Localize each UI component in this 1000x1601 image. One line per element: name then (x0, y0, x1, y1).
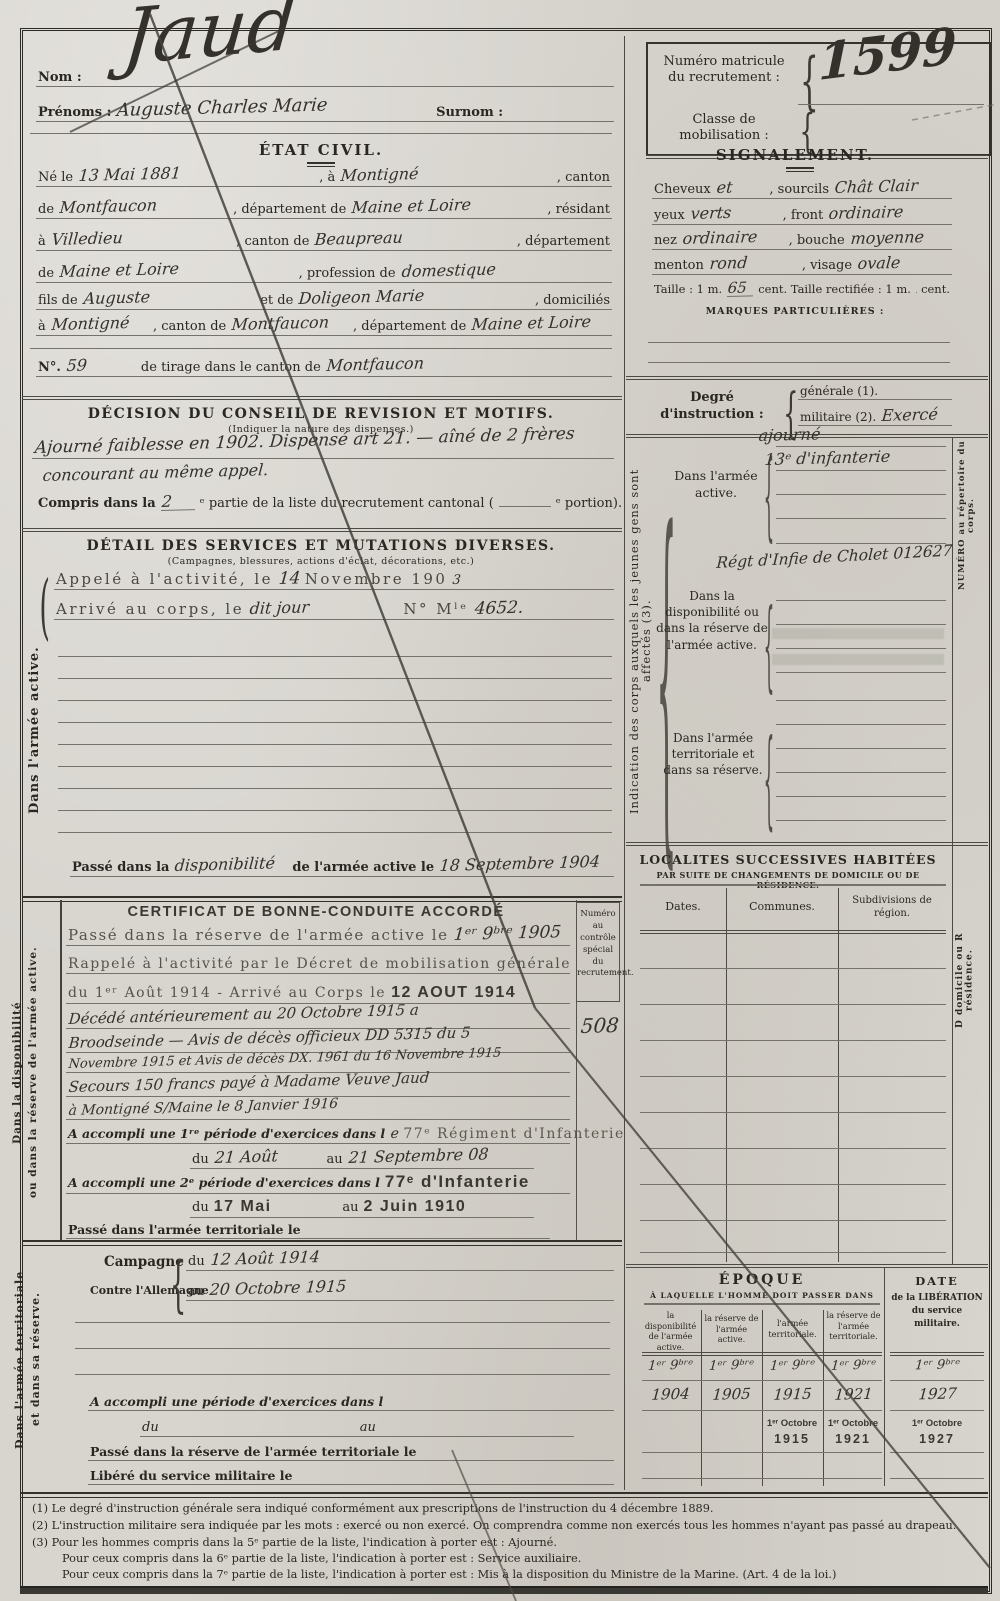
epoque-col2-head: la réserve de l'armée active. (703, 1313, 760, 1345)
corps-active-hw-2: 13ᵉ d'infanterie (764, 449, 891, 468)
epoque-date-divider (884, 1268, 885, 1486)
surnom-label: Surnom : (436, 105, 503, 120)
passe-dispo-type: disponibilité (174, 855, 288, 874)
a-label: à (38, 319, 46, 334)
canton-de-label: , canton de (236, 234, 309, 249)
epoque-col4-head: la réserve de l'armée territoriale. (825, 1310, 882, 1342)
cheveux-value: et (716, 179, 766, 196)
tirage-canton-value: Montfaucon (326, 351, 611, 374)
passe-dispo-date: 18 Septembre 1904 (439, 853, 613, 874)
sourcils-value: Chât Clair (834, 177, 951, 196)
ruled-line (75, 1348, 610, 1349)
ruled-line (776, 470, 946, 471)
residence-value: Villedieu (51, 227, 233, 248)
appele-year-digit: 3 (452, 574, 461, 587)
compris-label: Compris dans la (38, 496, 156, 511)
ruled-line (642, 1380, 882, 1381)
corps-territoriale-brace (764, 716, 775, 841)
corps-main-brace (656, 452, 676, 901)
libere-service-label: Libéré du service militaire le (90, 1468, 293, 1483)
yeux-value: verts (690, 204, 779, 222)
faded-stamp-mark (772, 654, 944, 665)
ruled-line (58, 832, 612, 833)
arrive-stamp: Arrivé au corps, le (56, 600, 244, 618)
ruled-line (30, 133, 612, 134)
name-signature: Jaud (120, 0, 299, 76)
ruled-line (30, 348, 612, 349)
footnote-1: (1) Le degré d'instruction générale sera… (32, 1502, 714, 1515)
ruled-line (776, 796, 946, 797)
domicile-residence-vertical-label: D domicile ou R résidence. (956, 905, 975, 1055)
ruled-line (776, 446, 946, 447)
a-label: à (38, 234, 46, 249)
decision-title: DÉCISION DU CONSEIL DE REVISION ET MOTIF… (30, 406, 612, 422)
epoque-c3-stamp-year: 1915 (763, 1432, 821, 1446)
front-value: ordinaire (828, 203, 951, 222)
periode2-regiment-stamp: 77ᵉ d'Infanterie (385, 1172, 568, 1192)
ne-le-label: Né le (38, 170, 73, 185)
epoque-date-head-rest: de la LIBÉRATION du service militaire. (890, 1292, 984, 1330)
au-label: au (326, 1152, 342, 1167)
ruled-line (58, 788, 612, 789)
etat-civil-title: ÉTAT CIVIL. (30, 141, 612, 159)
corps-regiment-hw: Régt d'Infie de Cholet 012627 (716, 544, 953, 572)
bouche-value: moyenne (850, 228, 952, 247)
birth-departement-value: Maine et Loire (351, 195, 543, 216)
ruled-line (640, 1040, 946, 1041)
parents-departement-value: Maine et Loire (471, 313, 611, 333)
bottom-border-bar (20, 1586, 988, 1594)
detail-subtitle: (Campagnes, blessures, actions d'éclat, … (30, 556, 612, 567)
signalement-title: SIGNALEMENT. (640, 146, 950, 164)
table-column-divider (726, 888, 727, 1262)
controle-special-value: 508 (580, 1015, 620, 1036)
appele-stamp: Appelé à l'activité, le (56, 570, 273, 588)
matricule-label: Numéro matricule du recrutement : (656, 54, 792, 87)
tirage-number-value: 59 (66, 356, 137, 374)
ruled-line (642, 1452, 882, 1453)
footnote-4: Pour ceux compris dans la 6ᵉ partie de l… (62, 1552, 581, 1565)
localites-col-communes: Communes. (728, 900, 836, 914)
yeux-label: yeux (654, 208, 685, 223)
cent-label: cent. (921, 282, 950, 296)
ruled-line (776, 518, 946, 519)
ruled-line (640, 1004, 946, 1005)
prenoms-label: Prénoms : (38, 105, 111, 120)
ruled-line (776, 672, 946, 673)
periode1-label: A accompli une 1ʳᵉ période d'exercices d… (68, 1126, 385, 1141)
epoque-header-divider (642, 1352, 882, 1356)
ruled-line (648, 362, 950, 363)
ruled-line (640, 1220, 946, 1221)
nez-value: ordinaire (682, 228, 785, 247)
ruled-line (58, 678, 612, 679)
ruled-line (776, 772, 946, 773)
section-divider (626, 376, 988, 380)
military-record-sheet: Jaud Nom : Prénoms : Auguste Charles Mar… (0, 0, 1000, 1601)
faded-stamp-mark (772, 628, 944, 639)
armee-active-side-label: Dans l'armée active. (28, 630, 42, 830)
territoriale-side-label-2: et dans sa réserve. (30, 1252, 42, 1467)
canton-label: , canton (557, 170, 610, 185)
detail-title: DÉTAIL DES SERVICES ET MUTATIONS DIVERSE… (30, 538, 612, 554)
section-divider (22, 528, 622, 532)
mobilisation-stamp: du 1ᵉʳ Août 1914 - Arrivé au Corps le (68, 985, 386, 1001)
tirage-label: de tirage dans le canton de (141, 360, 321, 375)
periode1-article: e (390, 1127, 399, 1141)
ruled-line (640, 968, 946, 969)
right-narrow-divider (952, 438, 953, 1264)
father-name-value: Auguste (83, 286, 257, 307)
ruled-line (58, 700, 612, 701)
departement-label: , département (517, 234, 610, 249)
de-label: de (38, 266, 54, 281)
epoque-c3-v1: 1ᵉʳ 9ᵇʳᵉ (763, 1358, 822, 1373)
epoque-date-v1: 1ᵉʳ 9ᵇʳᵉ (892, 1358, 983, 1373)
classe-label: Classe de mobilisation : (656, 112, 792, 145)
matricule-corps-value: 4652. (474, 597, 614, 618)
ruled-line (648, 342, 950, 343)
liste-partie-value: 2 (161, 493, 196, 511)
corps-territoriale-label: Dans l'armée territoriale et dans sa rés… (660, 730, 766, 779)
localites-col-subdivisions: Subdivisions de région. (840, 894, 944, 920)
epoque-subtitle: À LAQUELLE L'HOMME DOIT PASSER DANS (640, 1291, 884, 1300)
footnotes-divider (20, 1492, 988, 1498)
epoque-c4-v1: 1ᵉʳ 9ᵇʳᵉ (824, 1358, 883, 1373)
taille-value: 65 (727, 280, 754, 297)
corps-dispo-label: Dans la disponibilité ou dans la réserve… (656, 588, 768, 653)
birth-date-value: 13 Mai 1881 (78, 162, 315, 184)
au-label: au (360, 1420, 376, 1435)
localites-title: LOCALITES SUCCESSIVES HABITÉES (626, 852, 950, 867)
arrive-date-value: dit jour (249, 597, 399, 617)
periode1-regiment-stamp: 77ᵉ Régiment d'Infanterie (403, 1126, 624, 1142)
residence-departement-value: Maine et Loire (59, 258, 295, 280)
menton-label: menton (654, 258, 704, 273)
corps-vertical-label: Indication des corps auxquels les jeunes… (628, 448, 652, 834)
du-label: du (142, 1420, 159, 1435)
passe-reserve-stamp: Passé dans la réserve de l'armée active … (68, 926, 448, 944)
ruled-line (890, 1410, 984, 1411)
table-header-divider (640, 930, 946, 934)
visage-label: , visage (802, 258, 852, 273)
domicilies-label: , domiciliés (535, 293, 610, 308)
ruled-line (776, 624, 946, 625)
degre-instruction-label: Degré d'instruction : (648, 390, 776, 424)
ruled-line (644, 1303, 880, 1305)
residence-canton-value: Beaupreau (314, 227, 513, 248)
portion-field (499, 506, 551, 507)
ruled-line (58, 744, 612, 745)
militaire-value: Exercé (881, 406, 951, 424)
passe-dispo-label-2: de l'armée active le (292, 860, 434, 875)
ruled-line (640, 1076, 946, 1077)
epoque-header-divider (890, 1352, 984, 1356)
footnote-5: Pour ceux compris dans la 7ᵉ partie de l… (62, 1568, 836, 1581)
periode1-end-date: 21 Septembre 08 (348, 1145, 534, 1166)
taille-label: Taille : 1 m. (654, 282, 722, 296)
epoque-date-stamp-year: 1927 (892, 1432, 982, 1446)
passe-reserve-territoriale-label: Passé dans la réserve de l'armée territo… (90, 1444, 416, 1459)
generale-label: générale (1). (800, 384, 878, 398)
disponibilite-side-label-1: Dans la disponibilité (12, 935, 23, 1210)
ruled-line (640, 1252, 946, 1253)
birth-place-value: Montigné (340, 162, 553, 184)
corps-dispo-brace (764, 588, 775, 704)
compris-label-2: ᵉ partie de la liste du recrutement cant… (200, 496, 494, 511)
ruled-line (776, 700, 946, 701)
matricule-box: Numéro matricule du recrutement : 1599 C… (646, 42, 992, 156)
ruled-line (642, 1410, 882, 1411)
campagne-brace (170, 1248, 186, 1320)
numero-label: N°. (38, 360, 61, 375)
marques-label: MARQUES PARTICULIÈRES : (640, 306, 950, 317)
passe-dispo-label: Passé dans la (72, 860, 169, 875)
ruled-line (890, 1452, 984, 1453)
ruled-line (776, 820, 946, 821)
taille-rectifiee-label: cent. Taille rectifiée : 1 m. (758, 282, 911, 296)
ruled-line (640, 1112, 946, 1113)
epoque-col3-head: l'armée territoriale. (764, 1318, 821, 1339)
controle-special-box: Numéro au contrôle spécial du recrutemen… (576, 902, 620, 1002)
ruled-line (798, 104, 984, 105)
column-divider (624, 36, 625, 1490)
section-divider (626, 1264, 988, 1268)
epoque-c4-stamp-year: 1921 (824, 1432, 882, 1446)
disponibilite-side-label-2: ou dans la réserve de l'armée active. (28, 935, 39, 1210)
epoque-c1-v2: 1904 (641, 1386, 700, 1403)
canton-de-label: , canton de (153, 319, 226, 334)
profession-label: , profession de (299, 266, 396, 281)
epoque-title: ÉPOQUE (640, 1272, 884, 1288)
departement-label: , département de (233, 202, 346, 217)
ruled-line (890, 1380, 984, 1381)
epoque-c1-v1: 1ᵉʳ 9ᵇʳᵉ (641, 1358, 700, 1373)
ruled-line (642, 1478, 882, 1479)
ruled-line (58, 722, 612, 723)
campagne-end-date: 20 Octobre 1915 (209, 1271, 613, 1298)
a-label: , à (319, 170, 335, 185)
ruled-line (640, 884, 946, 886)
ruled-line (58, 810, 612, 811)
bouche-label: , bouche (789, 233, 845, 248)
territoriale-side-label-1: Dans l'armée territoriale (14, 1252, 26, 1467)
au-label: au (188, 1284, 204, 1299)
de-label: de (38, 202, 54, 217)
compris-label-3: ᵉ portion). (556, 496, 622, 511)
repertoire-vertical-label: NUMÉRO au répertoire du corps. (958, 440, 976, 590)
certificat-stamp-title: CERTIFICAT DE BONNE-CONDUITE ACCORDÉ (66, 904, 566, 920)
corps-active-label: Dans l'armée active. (666, 468, 766, 502)
epoque-c2-v1: 1ᵉʳ 9ᵇʳᵉ (702, 1358, 761, 1373)
ruled-line (58, 766, 612, 767)
birth-canton-value: Montfaucon (59, 196, 229, 216)
table-column-divider (838, 888, 839, 1262)
ruled-line (776, 648, 946, 649)
section-divider (22, 396, 622, 400)
au-label: au (342, 1200, 358, 1215)
ruled-line (75, 1322, 610, 1323)
passe-reserve-date: 1ᵉʳ 9ᵇʳᵉ 1905 (453, 924, 569, 944)
ruled-line (75, 1374, 610, 1375)
visage-value: ovale (857, 254, 951, 272)
title-flourish (786, 167, 814, 172)
militaire-label: militaire (2). (800, 410, 876, 424)
epoque-date-head: DATE (890, 1274, 984, 1288)
du-label: du (192, 1152, 209, 1167)
ruled-line (890, 1478, 984, 1479)
cheveux-label: Cheveux (654, 182, 711, 197)
appele-month-stamp: Novembre 190 (305, 570, 448, 588)
et-de-label: et de (260, 293, 293, 308)
epoque-c2-v2: 1905 (702, 1386, 761, 1403)
epoque-c4-v2: 1921 (824, 1386, 883, 1403)
localites-col-dates: Dates. (642, 900, 724, 914)
epoque-c3-stamp-month: 1ᵉʳ Octobre (763, 1418, 821, 1429)
residant-label: , résidant (547, 202, 610, 217)
epoque-date-stamp-month: 1ᵉʳ Octobre (892, 1418, 982, 1429)
rappele-stamp: Rappelé à l'activité par le Décret de mo… (68, 956, 571, 972)
periode2-start-date: 17 Mai (214, 1198, 338, 1216)
nom-label: Nom : (38, 70, 82, 85)
fils-de-label: fils de (38, 293, 78, 308)
localites-subtitle: PAR SUITE DE CHANGEMENTS DE DOMICILE OU … (626, 870, 950, 890)
menton-value: rond (709, 254, 798, 272)
section-divider (626, 842, 988, 846)
prenoms-value: Auguste Charles Marie (116, 94, 432, 120)
departement-de-label: , département de (353, 319, 466, 334)
parents-commune-value: Montigné (51, 314, 149, 333)
mother-name-value: Doligeon Marie (298, 285, 531, 307)
matricule-value: 1599 (818, 21, 957, 88)
ruled-line (776, 724, 946, 725)
matricule-corps-label: N° Mˡᵉ (403, 600, 468, 618)
ruled-line (640, 1148, 946, 1149)
appele-day-value: 14 (278, 570, 301, 588)
sourcils-label: , sourcils (769, 182, 829, 197)
footnote-3: (3) Pour les hommes compris dans la 5ᵉ p… (32, 1536, 557, 1549)
periode1-start-date: 21 Août (214, 1147, 323, 1166)
du-label: du (188, 1254, 205, 1269)
nez-label: nez (654, 233, 677, 248)
epoque-c4-stamp-month: 1ᵉʳ Octobre (824, 1418, 882, 1429)
epoque-col1-head: la disponibilité de l'armée active. (642, 1310, 699, 1353)
ruled-line (776, 494, 946, 495)
ruled-line (58, 656, 612, 657)
front-label: , front (783, 208, 824, 223)
decision-handwritten-2: concourant au même appel. (42, 462, 269, 484)
ruled-line (776, 748, 946, 749)
du-label: du (192, 1200, 209, 1215)
footnote-2: (2) L'instruction militaire sera indiqué… (32, 1519, 956, 1532)
corps-active-brace (764, 440, 775, 552)
ruled-line (640, 1184, 946, 1185)
parents-canton-value: Montfaucon (231, 314, 349, 333)
periode-territoriale-label: A accompli une période d'exercices dans … (90, 1394, 383, 1409)
epoque-date-v2: 1927 (892, 1386, 983, 1403)
periode2-label: A accompli une 2ᵉ période d'exercices da… (68, 1175, 380, 1190)
epoque-c3-v2: 1915 (763, 1386, 822, 1403)
passe-territoriale-label: Passé dans l'armée territoriale le (68, 1222, 301, 1237)
ruled-line (776, 600, 946, 601)
periode2-end-date: 2 Juin 1910 (363, 1198, 532, 1216)
profession-value: domestique (401, 258, 612, 280)
